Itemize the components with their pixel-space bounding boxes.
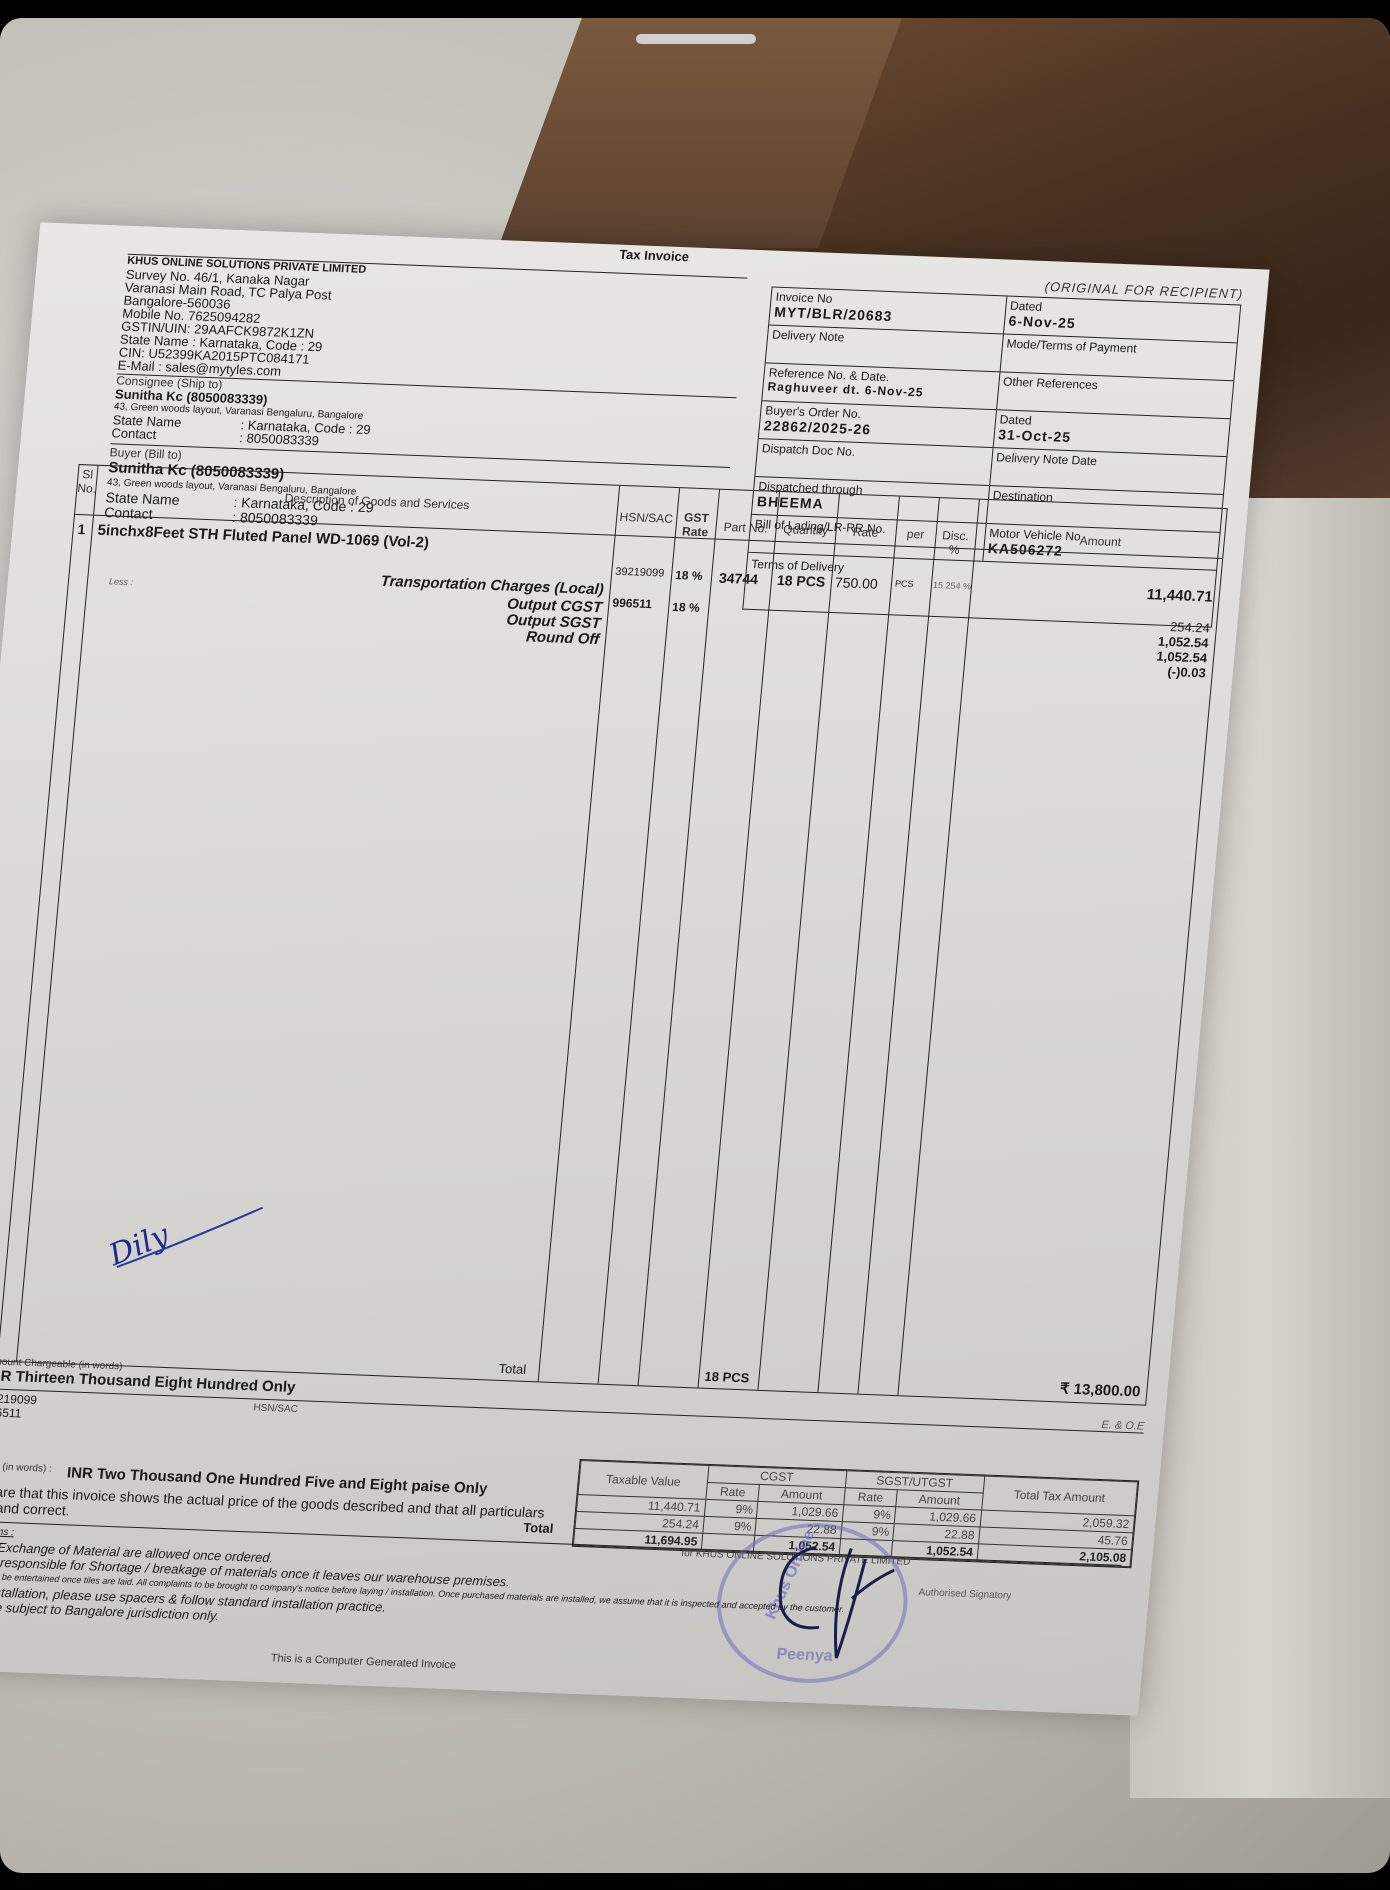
col-part: Part No. bbox=[715, 520, 776, 536]
total-qty: 18 PCS bbox=[704, 1369, 750, 1386]
charge-transport-label: Transportation Charges (Local) bbox=[380, 573, 604, 599]
item-qty: 18 PCS bbox=[776, 572, 826, 590]
th-taxable: Taxable Value bbox=[578, 1461, 709, 1500]
col-per: per bbox=[895, 526, 936, 541]
charge-transport-gst: 18 % bbox=[672, 600, 701, 615]
eoe-label: E. & O.E bbox=[1101, 1419, 1145, 1433]
col-hsn: HSN/SAC bbox=[616, 510, 677, 526]
footer-note: This is a Computer Generated Invoice bbox=[270, 1652, 456, 1671]
col-qty: Quantity bbox=[775, 522, 836, 538]
item-part: 34744 bbox=[718, 570, 758, 587]
col-gst: GST Rate bbox=[675, 510, 718, 539]
col-description: Description of Goods and Services bbox=[276, 491, 477, 513]
item-hsn: 39219099 bbox=[615, 566, 665, 580]
hsn-summary-1: 39219099 bbox=[0, 1391, 38, 1407]
charge-transport-amount: 254.24 bbox=[1169, 619, 1210, 635]
invoice-paper: Tax Invoice (ORIGINAL FOR RECIPIENT) KHU… bbox=[0, 222, 1270, 1715]
col-amount: Amount bbox=[975, 530, 1226, 554]
photo-frame: Tax Invoice (ORIGINAL FOR RECIPIENT) KHU… bbox=[0, 18, 1390, 1873]
total-label: Total bbox=[498, 1361, 527, 1377]
hsn-summary-2: 996511 bbox=[0, 1405, 22, 1420]
charge-transport-hsn: 996511 bbox=[612, 596, 653, 611]
col-rate: Rate bbox=[835, 524, 896, 540]
item-disc: 15.254 % bbox=[933, 580, 972, 591]
charge-roundoff-label: Round Off bbox=[525, 628, 600, 648]
charge-roundoff-amount: (-)0.03 bbox=[1167, 664, 1207, 680]
item-rate: 750.00 bbox=[834, 574, 878, 592]
col-disc: Disc. % bbox=[934, 528, 977, 557]
col-sl: Sl No. bbox=[77, 467, 98, 496]
items-table: Sl No. Description of Goods and Services… bbox=[0, 464, 1228, 1406]
charge-sgst-amount: 1,052.54 bbox=[1156, 649, 1208, 666]
item-amount: 11,440.71 bbox=[1146, 586, 1213, 605]
hsn-summary-label: HSN/SAC bbox=[253, 1402, 298, 1415]
th-sgst-rate: Rate bbox=[844, 1488, 898, 1507]
tax-row-cgst-rate: 9% bbox=[703, 1516, 757, 1535]
item-gst: 18 % bbox=[675, 568, 704, 583]
less-label: Less : bbox=[109, 576, 134, 587]
item-per: PCS bbox=[895, 578, 914, 589]
consignee-contact: : 8050083339 bbox=[239, 431, 320, 447]
tax-row-cgst-rate: 9% bbox=[704, 1499, 758, 1518]
signature-stroke bbox=[106, 1197, 273, 1283]
tax-row-sgst-rate: 9% bbox=[842, 1505, 896, 1524]
th-cgst-rate: Rate bbox=[706, 1482, 760, 1501]
sheet-grabber-handle[interactable] bbox=[636, 34, 756, 44]
item-sl: 1 bbox=[77, 521, 86, 537]
